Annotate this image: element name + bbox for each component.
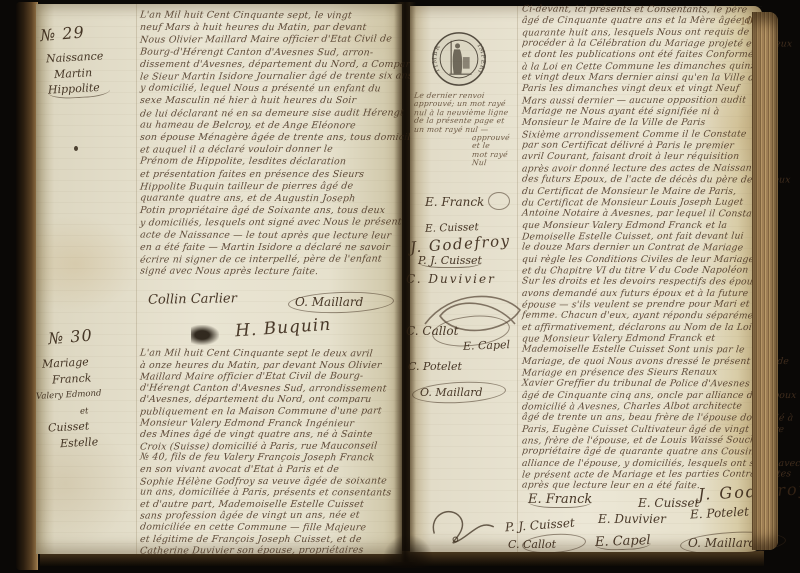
margin-fold-line: [517, 6, 518, 552]
handwritten-line: Monsieur le Maire de la Ville de Paris: [521, 117, 774, 128]
handwritten-line: neuf Mars à huit heures du Matin, par de…: [139, 22, 402, 34]
marriage-act-text: Ci-devant, ici présents et Consentants, …: [522, 4, 774, 492]
handwritten-line: et d'autre part, Mademoiselle Estelle Cu…: [139, 499, 402, 511]
handwritten-line: sexe Masculin né hier à huit heures du S…: [139, 95, 402, 107]
handwritten-line: Paris les dimanches vingt deux et vingt …: [521, 83, 774, 94]
register-book-scan: № 29 Naissance Martin Hippolite L'an Mil…: [0, 0, 800, 573]
handwritten-line: avril Courant, faisant droit à leur réqu…: [521, 151, 774, 162]
signature-potelet: C. Potelet: [408, 360, 462, 373]
handwritten-line: Antoine Notaire à Avesnes, par lequel il…: [521, 208, 774, 220]
handwritten-line: procéder à la Célébration du Mariage pro…: [521, 38, 774, 50]
handwritten-line: signé avec Nous après lecture faite.: [139, 266, 402, 279]
handwritten-line: femme. Chacun d'eux, ayant répondu sépar…: [521, 310, 774, 322]
handwritten-line: № 40, fils de feu Valery François Joseph…: [139, 452, 402, 465]
ink-dot: [74, 146, 78, 151]
paraphe-oval: [412, 380, 507, 406]
handwritten-line: et vingt deux Mars dernier ainsi qu'en l…: [521, 72, 774, 84]
paraphe-oval: [488, 192, 510, 210]
handwritten-line: qui règle les Conditions Civiles de leur…: [521, 254, 774, 265]
signature-pj-cuisset: P. J. Cuisset: [418, 254, 482, 268]
handwritten-line: âgé de trente un ans, beau frère de l'ép…: [521, 412, 774, 424]
handwritten-line: Paris, Eugène Cuisset Cultivateur âgé de…: [521, 424, 774, 435]
handwritten-line: et affirmativement, déclarons au Nom de …: [521, 322, 774, 333]
handwritten-line: publiquement en la Maison Commune d'une …: [139, 405, 402, 418]
paraphe-oval: [521, 532, 586, 555]
handwritten-line: Sur les droits et les devoirs respectifs…: [521, 276, 774, 288]
handwritten-line: âgé de Cinquante cinq ans, oncle par all…: [521, 390, 774, 401]
signature-paraphe: [424, 500, 506, 548]
left-page: № 29 Naissance Martin Hippolite L'an Mil…: [36, 4, 402, 554]
margin-fold-line: [136, 4, 137, 554]
signature-capel: E. Capel: [463, 338, 511, 353]
handwritten-line: des futurs Epoux, de l'acte de décès du …: [521, 174, 774, 186]
handwritten-line: propriétaire âgé de quarante quatre ans …: [521, 446, 774, 458]
signature-franck: E. Franck: [528, 492, 592, 508]
signature-pj-cuisset: P. J. Cuisset: [505, 516, 576, 535]
handwritten-line: Monsieur Valery Edmond Franck Ingénieur: [139, 417, 402, 430]
signature-carlier: Collin Carlier: [148, 291, 237, 308]
handwritten-line: Ci-devant, ici présents et Consentants, …: [521, 4, 774, 16]
handwritten-line: alliance de l'épouse, y domiciliés, lesq…: [521, 458, 774, 469]
bride-firstname-label: Estelle: [60, 432, 147, 452]
handwritten-line: y domicilié, lequel Nous a présenté un e…: [139, 83, 402, 96]
signature-buquin: H. Buquin: [234, 315, 331, 342]
firstname-label: Hippolite: [48, 79, 111, 99]
handwritten-line: au hameau de Belcroy, et de Ange Eléonor…: [139, 119, 402, 132]
marginal-correction-note: Le dernier renvoiapprouvé; un mot rayénu…: [414, 92, 534, 168]
timbre-imperial-stamp: TIMBRE IMPERIAL: [430, 30, 488, 88]
handwritten-line: et légitime de François Joseph Cuisset, …: [139, 534, 402, 546]
handwritten-line: acte de Naissance — le tout après que le…: [139, 229, 402, 242]
handwritten-line: du Certificat de Monsieur le Maire de Pa…: [521, 186, 774, 197]
handwritten-line: et dont les publications ont été faites …: [521, 49, 774, 60]
handwritten-line: L'an Mil huit Cent Cinquante sept, le vi…: [139, 10, 402, 23]
act-number: № 29: [39, 18, 136, 45]
handwritten-line: d'Avesnes, département du Nord, ont comp…: [139, 394, 402, 406]
signature-godefroy: J. Godefroy: [409, 232, 511, 257]
margin-note-act-30: № 30 Mariage Franck Valery Edmond et Cui…: [36, 325, 146, 450]
signature-flourish-oval: [288, 290, 395, 315]
handwritten-line: en son vivant avocat d'Etat à Paris et d…: [139, 464, 402, 476]
handwritten-line: que Monsieur Valery Edmond Franck et la: [521, 220, 774, 231]
signature-duvivier: E. Duvivier: [598, 512, 666, 526]
signature-capel: E. Capel: [595, 533, 651, 551]
ink-splatter: [191, 325, 219, 345]
handwritten-line: un ans, domiciliée à Paris, présents et …: [139, 487, 402, 500]
handwritten-line: Mademoiselle Estelle Cuisset Sont unis p…: [521, 344, 774, 356]
handwritten-line: en a été faite — Martin Isidore a déclar…: [139, 242, 402, 254]
handwritten-line: avons demandé aux futurs époux et à la f…: [521, 288, 774, 299]
signature-potelet: E. Potelet: [690, 504, 750, 521]
handwritten-line: Catherine Duvivier son épouse, propriéta…: [139, 545, 402, 558]
right-page: 106 TIMBRE IMPERIAL Le de: [410, 6, 762, 552]
handwritten-line: domiciliée en cette Commune — fille Maje…: [139, 521, 402, 534]
handwritten-line: Bourg-d'Hérengt Canton d'Avesnes Sud, ar…: [139, 46, 402, 59]
handwritten-line: Nous Olivier Maillard Maire officier d'E…: [139, 34, 402, 47]
handwritten-line: dissement d'Avesnes, département du Nord…: [139, 59, 402, 71]
handwritten-line: sans profession âgée de vingt un ans, né…: [139, 510, 402, 523]
act-30-text: L'an Mil huit Cent Cinquante sept le deu…: [140, 348, 402, 557]
handwritten-line: y domiciliés, lesquels ont signé avec No…: [139, 217, 402, 230]
signature-cuisset: E. Cuisset: [425, 221, 479, 235]
act-number: № 30: [47, 321, 146, 348]
handwritten-line: le douze Mars dernier un Contrat de Mari…: [521, 242, 774, 254]
handwritten-line: d'Hérengt Canton d'Avesnes Sud, arrondis…: [139, 382, 402, 395]
book-cover-edge: [16, 2, 38, 570]
handwritten-line: quarante quatre ans, et de Augustin Jose…: [139, 193, 402, 206]
handwritten-line: et présentation faites en présence des S…: [139, 169, 402, 181]
handwritten-line: Maillard Maire officier d'Etat Civil de …: [139, 371, 402, 384]
margin-note-act-29: № 29 Naissance Martin Hippolite: [40, 22, 136, 98]
handwritten-line: Mariage, de quoi Nous avons dressé le pr…: [521, 356, 774, 367]
signature-franck: E. Franck: [425, 195, 484, 209]
signature-duvivier: C. Duvivier: [406, 272, 496, 286]
handwritten-line: des Mines âgé de vingt quatre ans, né à …: [139, 429, 402, 441]
handwritten-line: Prénom de Hippolite, lesdites déclaratio…: [139, 156, 402, 169]
handwritten-line: à onze heures du Matin, par devant Nous …: [139, 360, 402, 372]
handwritten-line: Hippolite Buquin tailleur de pierres âgé…: [139, 180, 402, 193]
handwritten-line: de lui déclarant né en sa demeure sise a…: [139, 107, 402, 120]
act-29-text: L'an Mil huit Cent Cinquante sept, le vi…: [140, 10, 402, 278]
page-edge-stack: [752, 12, 778, 550]
handwritten-line: son épouse Ménagère âgée de trente ans, …: [139, 132, 402, 144]
handwritten-line: L'an Mil huit Cent Cinquante sept le deu…: [139, 348, 402, 361]
handwritten-line: Xavier Greffier du tribunal de Police d'…: [521, 378, 774, 390]
handwritten-line: âgé de Cinquante quatre ans et la Mère â…: [521, 15, 774, 26]
